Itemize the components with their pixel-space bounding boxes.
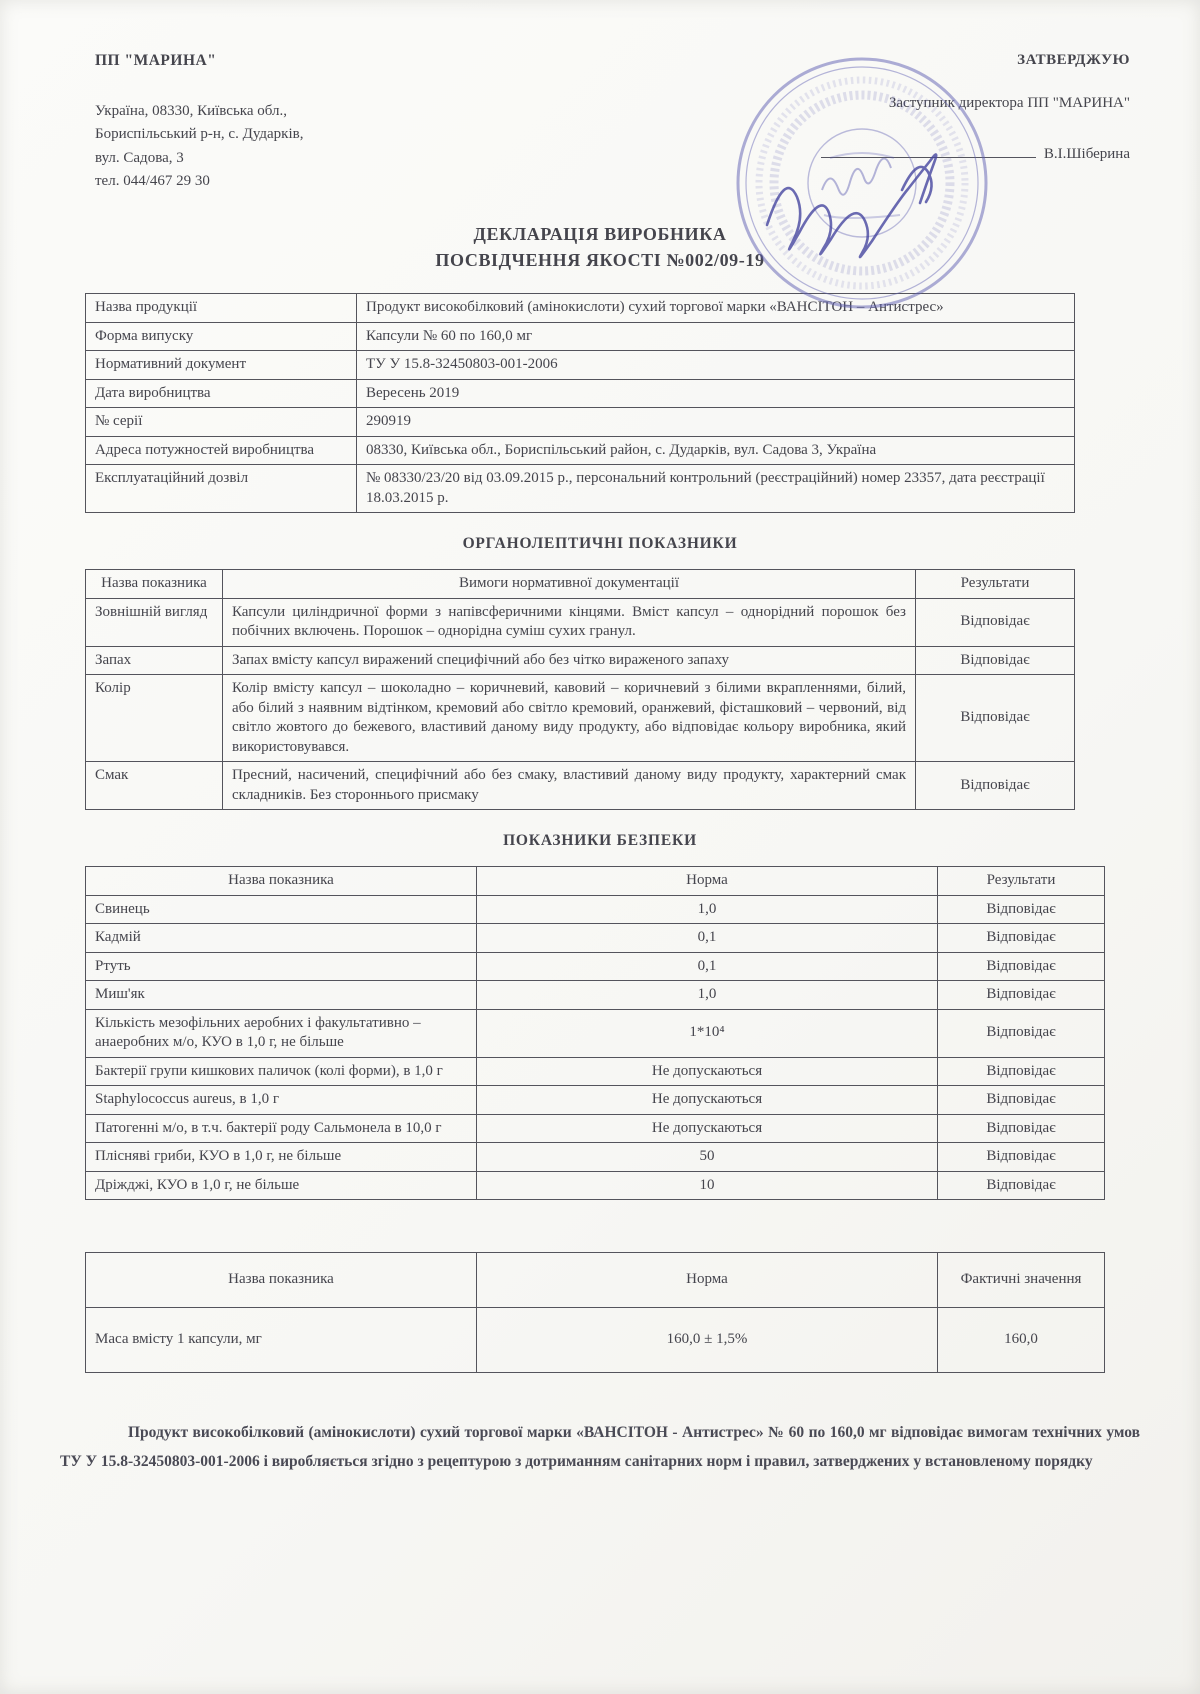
- row-label: Форма випуску: [86, 322, 357, 351]
- safety-heading: ПОКАЗНИКИ БЕЗПЕКИ: [0, 832, 1200, 850]
- indicator-name: Колір: [86, 675, 223, 762]
- indicator-name: Смак: [86, 762, 223, 810]
- row-label: Адреса потужностей виробництва: [86, 436, 357, 465]
- table-row: Маса вмісту 1 капсули, мг 160,0 ± 1,5% 1…: [86, 1308, 1105, 1373]
- table-row: Форма випуску Капсули № 60 по 160,0 мг: [86, 322, 1075, 351]
- capsule-mass-table: Назва показника Норма Фактичні значення …: [85, 1252, 1105, 1373]
- table-row: Назва продукції Продукт високобілковий (…: [86, 294, 1075, 323]
- row-value: Вересень 2019: [357, 379, 1075, 408]
- document-title: ДЕКЛАРАЦІЯ ВИРОБНИКА ПОСВІДЧЕННЯ ЯКОСТІ …: [0, 221, 1200, 273]
- table-row: Бактерії групи кишкових паличок (колі фо…: [86, 1057, 1105, 1086]
- column-header: Результати: [916, 570, 1075, 599]
- indicator-result: Відповідає: [938, 1086, 1105, 1115]
- table-row: Свинець 1,0 Відповідає: [86, 895, 1105, 924]
- table-row: Плісняві гриби, КУО в 1,0 г, не більше 5…: [86, 1143, 1105, 1172]
- column-header: Вимоги нормативної документації: [223, 570, 916, 599]
- approval-block: ЗАТВЕРДЖУЮ Заступник директора ПП "МАРИН…: [790, 52, 1130, 193]
- row-label: Експлуатаційний дозвіл: [86, 465, 357, 513]
- indicator-norm: 50: [477, 1143, 938, 1172]
- signature-line: [821, 157, 1036, 158]
- column-header: Назва показника: [86, 570, 223, 599]
- indicator-norm: 1*10⁴: [477, 1009, 938, 1057]
- indicator-actual: 160,0: [938, 1308, 1105, 1373]
- row-value: ТУ У 15.8-32450803-001-2006: [357, 351, 1075, 380]
- indicator-norm: 1,0: [477, 895, 938, 924]
- title-line-2: ПОСВІДЧЕННЯ ЯКОСТІ №002/09-19: [435, 250, 764, 270]
- document-header: ПП "МАРИНА" Україна, 08330, Київська обл…: [0, 0, 1200, 193]
- indicator-name: Кадмій: [86, 924, 477, 953]
- address-line: вул. Садова, 3: [95, 147, 515, 170]
- title-line-1: ДЕКЛАРАЦІЯ ВИРОБНИКА: [474, 224, 727, 244]
- table-row: Staphylococcus aureus, в 1,0 г Не допуск…: [86, 1086, 1105, 1115]
- address-line: Бориспільський р-н, с. Дударків,: [95, 123, 515, 146]
- column-header: Назва показника: [86, 1253, 477, 1308]
- indicator-result: Відповідає: [938, 1171, 1105, 1200]
- table-row: Ртуть 0,1 Відповідає: [86, 952, 1105, 981]
- organoleptic-heading: ОРГАНОЛЕПТИЧНІ ПОКАЗНИКИ: [0, 535, 1200, 553]
- indicator-norm: 0,1: [477, 952, 938, 981]
- row-value: Капсули № 60 по 160,0 мг: [357, 322, 1075, 351]
- row-label: № серії: [86, 408, 357, 437]
- table-row: Смак Пресний, насичений, специфічний або…: [86, 762, 1075, 810]
- indicator-name: Дріжджі, КУО в 1,0 г, не більше: [86, 1171, 477, 1200]
- indicator-norm: 0,1: [477, 924, 938, 953]
- approval-signature-row: В.І.Шіберина: [790, 146, 1130, 163]
- indicator-result: Відповідає: [916, 598, 1075, 646]
- row-value: № 08330/23/20 від 03.09.2015 р., персона…: [357, 465, 1075, 513]
- table-row: Нормативний документ ТУ У 15.8-32450803-…: [86, 351, 1075, 380]
- indicator-norm: Не допускаються: [477, 1086, 938, 1115]
- row-value: 290919: [357, 408, 1075, 437]
- table-row: Експлуатаційний дозвіл № 08330/23/20 від…: [86, 465, 1075, 513]
- company-block: ПП "МАРИНА" Україна, 08330, Київська обл…: [95, 52, 515, 193]
- approval-heading: ЗАТВЕРДЖУЮ: [790, 52, 1130, 69]
- indicator-result: Відповідає: [916, 646, 1075, 675]
- indicator-name: Запах: [86, 646, 223, 675]
- table-row: Кількість мезофільних аеробних і факульт…: [86, 1009, 1105, 1057]
- indicator-name: Миш'як: [86, 981, 477, 1010]
- column-header: Результати: [938, 867, 1105, 896]
- column-header: Норма: [477, 867, 938, 896]
- conclusion-paragraph: Продукт високобілковий (амінокислоти) су…: [60, 1419, 1140, 1476]
- indicator-name: Ртуть: [86, 952, 477, 981]
- product-info-table: Назва продукції Продукт високобілковий (…: [85, 293, 1075, 513]
- table-header-row: Назва показника Норма Фактичні значення: [86, 1253, 1105, 1308]
- safety-table: Назва показника Норма Результати Свинець…: [85, 866, 1105, 1200]
- indicator-result: Відповідає: [938, 924, 1105, 953]
- row-value: Продукт високобілковий (амінокислоти) су…: [357, 294, 1075, 323]
- indicator-name: Staphylococcus aureus, в 1,0 г: [86, 1086, 477, 1115]
- row-label: Назва продукції: [86, 294, 357, 323]
- table-row: Кадмій 0,1 Відповідає: [86, 924, 1105, 953]
- approver-name: В.І.Шіберина: [1044, 146, 1130, 162]
- indicator-requirement: Запах вмісту капсул виражений специфічни…: [223, 646, 916, 675]
- column-header: Назва показника: [86, 867, 477, 896]
- table-row: Миш'як 1,0 Відповідає: [86, 981, 1105, 1010]
- indicator-result: Відповідає: [938, 1057, 1105, 1086]
- indicator-requirement: Колір вмісту капсул – шоколадно – коричн…: [223, 675, 916, 762]
- indicator-result: Відповідає: [938, 952, 1105, 981]
- indicator-requirement: Капсули циліндричної форми з напівсферич…: [223, 598, 916, 646]
- indicator-name: Маса вмісту 1 капсули, мг: [86, 1308, 477, 1373]
- table-row: Патогенні м/о, в т.ч. бактерії роду Саль…: [86, 1114, 1105, 1143]
- indicator-result: Відповідає: [938, 1143, 1105, 1172]
- indicator-name: Патогенні м/о, в т.ч. бактерії роду Саль…: [86, 1114, 477, 1143]
- indicator-norm: 10: [477, 1171, 938, 1200]
- document-page: ПП "МАРИНА" Україна, 08330, Київська обл…: [0, 0, 1200, 1694]
- indicator-name: Зовнішній вигляд: [86, 598, 223, 646]
- indicator-result: Відповідає: [938, 1114, 1105, 1143]
- address-line: тел. 044/467 29 30: [95, 170, 515, 193]
- indicator-name: Кількість мезофільних аеробних і факульт…: [86, 1009, 477, 1057]
- company-name: ПП "МАРИНА": [95, 52, 515, 70]
- indicator-result: Відповідає: [916, 675, 1075, 762]
- indicator-norm: Не допускаються: [477, 1114, 938, 1143]
- table-header-row: Назва показника Вимоги нормативної докум…: [86, 570, 1075, 599]
- table-row: Адреса потужностей виробництва 08330, Ки…: [86, 436, 1075, 465]
- indicator-norm: 1,0: [477, 981, 938, 1010]
- organoleptic-table: Назва показника Вимоги нормативної докум…: [85, 569, 1075, 810]
- row-label: Дата виробництва: [86, 379, 357, 408]
- indicator-result: Відповідає: [938, 895, 1105, 924]
- indicator-result: Відповідає: [938, 981, 1105, 1010]
- company-address: Україна, 08330, Київська обл., Бориспіль…: [95, 100, 515, 193]
- table-row: Колір Колір вмісту капсул – шоколадно – …: [86, 675, 1075, 762]
- table-row: № серії 290919: [86, 408, 1075, 437]
- indicator-norm: 160,0 ± 1,5%: [477, 1308, 938, 1373]
- indicator-result: Відповідає: [938, 1009, 1105, 1057]
- address-line: Україна, 08330, Київська обл.,: [95, 100, 515, 123]
- table-row: Запах Запах вмісту капсул виражений спец…: [86, 646, 1075, 675]
- row-label: Нормативний документ: [86, 351, 357, 380]
- table-header-row: Назва показника Норма Результати: [86, 867, 1105, 896]
- table-row: Дріжджі, КУО в 1,0 г, не більше 10 Відпо…: [86, 1171, 1105, 1200]
- table-row: Зовнішній вигляд Капсули циліндричної фо…: [86, 598, 1075, 646]
- table-row: Дата виробництва Вересень 2019: [86, 379, 1075, 408]
- indicator-name: Свинець: [86, 895, 477, 924]
- indicator-requirement: Пресний, насичений, специфічний або без …: [223, 762, 916, 810]
- row-value: 08330, Київська обл., Бориспільський рай…: [357, 436, 1075, 465]
- approval-position: Заступник директора ПП "МАРИНА": [790, 95, 1130, 112]
- indicator-norm: Не допускаються: [477, 1057, 938, 1086]
- indicator-name: Бактерії групи кишкових паличок (колі фо…: [86, 1057, 477, 1086]
- indicator-name: Плісняві гриби, КУО в 1,0 г, не більше: [86, 1143, 477, 1172]
- indicator-result: Відповідає: [916, 762, 1075, 810]
- column-header: Норма: [477, 1253, 938, 1308]
- column-header: Фактичні значення: [938, 1253, 1105, 1308]
